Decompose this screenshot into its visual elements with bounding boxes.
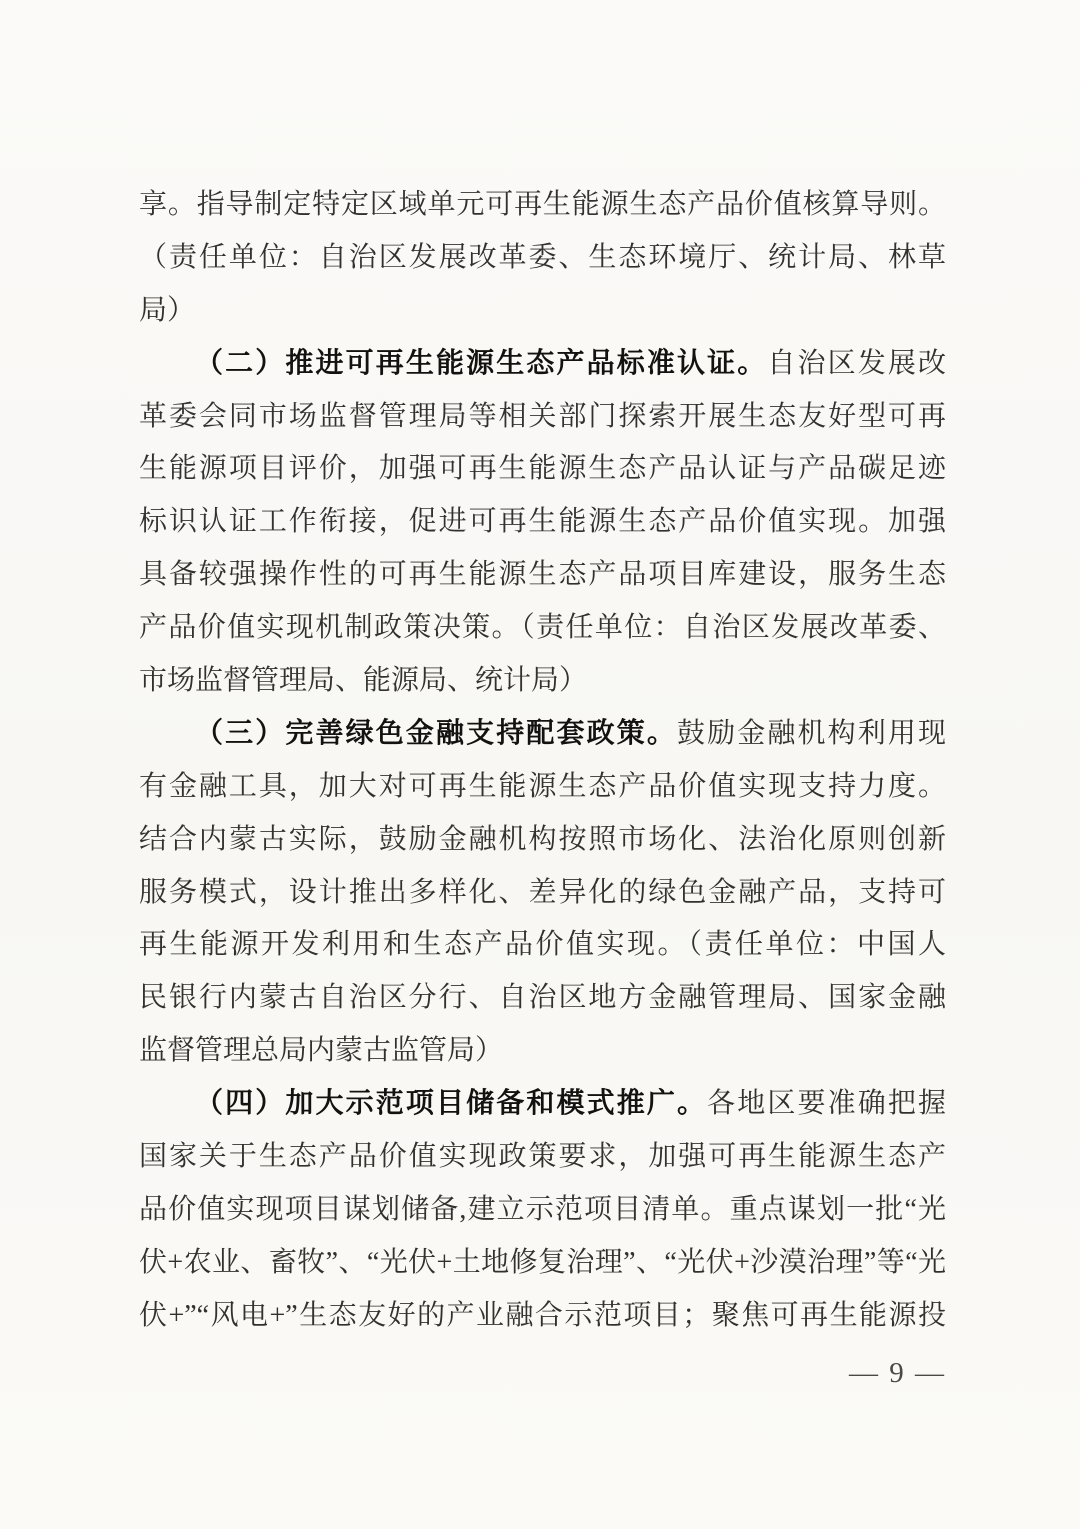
- text-line: 市场监督管理局、能源局、统计局）: [139, 655, 946, 708]
- text-line: 产品价值实现机制政策决策。（责任单位：自治区发展改革委、: [139, 602, 946, 655]
- text-line: 品价值实现项目谋划储备,建立示范项目清单。重点谋划一批“光: [139, 1184, 946, 1237]
- text-line: （三）完善绿色金融支持配套政策。鼓励金融机构利用现: [139, 708, 946, 761]
- text-line: 具备较强操作性的可再生能源生态产品项目库建设，服务生态: [139, 549, 946, 602]
- text-line: 民银行内蒙古自治区分行、自治区地方金融管理局、国家金融: [139, 972, 946, 1025]
- text-line: 有金融工具，加大对可再生能源生态产品价值实现支持力度。: [139, 761, 946, 814]
- line-text: 各地区要准确把握: [707, 1088, 946, 1119]
- page-number: — 9 —: [849, 1357, 946, 1389]
- line-text: 享。指导制定特定区域单元可再生能源生态产品价值核算导则。: [139, 189, 946, 220]
- text-line: （责任单位：自治区发展改革委、生态环境厅、统计局、林草: [139, 232, 946, 285]
- line-text: 具备较强操作性的可再生能源生态产品项目库建设，服务生态: [139, 559, 946, 590]
- text-line: 局）: [139, 285, 946, 338]
- text-line: 再生能源开发利用和生态产品价值实现。（责任单位：中国人: [139, 919, 946, 972]
- text-line: 革委会同市场监督管理局等相关部门探索开展生态友好型可再: [139, 391, 946, 444]
- text-line: 结合内蒙古实际，鼓励金融机构按照市场化、法治化原则创新: [139, 814, 946, 867]
- line-text: （责任单位：自治区发展改革委、生态环境厅、统计局、林草: [139, 242, 946, 273]
- document-sheet: 享。指导制定特定区域单元可再生能源生态产品价值核算导则。（责任单位：自治区发展改…: [0, 0, 1080, 1529]
- text-line: 监督管理总局内蒙古监管局）: [139, 1025, 946, 1078]
- line-text: 伏+农业、畜牧”、“光伏+土地修复治理”、“光伏+沙漠治理”等“光: [139, 1247, 946, 1278]
- text-line: 伏+农业、畜牧”、“光伏+土地修复治理”、“光伏+沙漠治理”等“光: [139, 1237, 946, 1290]
- page-background: { "page": { "colors": { "background": "#…: [0, 0, 1080, 1529]
- line-text: 自治区发展改: [767, 348, 946, 379]
- line-text: 监督管理总局内蒙古监管局）: [139, 1035, 503, 1066]
- line-text: 服务模式，设计推出多样化、差异化的绿色金融产品，支持可: [139, 877, 946, 908]
- text-line: 生能源项目评价，加强可再生能源生态产品认证与产品碳足迹: [139, 443, 946, 496]
- line-text: 局）: [139, 295, 195, 326]
- text-line: 服务模式，设计推出多样化、差异化的绿色金融产品，支持可: [139, 867, 946, 920]
- line-text: 结合内蒙古实际，鼓励金融机构按照市场化、法治化原则创新: [139, 824, 946, 855]
- text-line: （二）推进可再生能源生态产品标准认证。自治区发展改: [139, 338, 946, 391]
- line-text: 品价值实现项目谋划储备,建立示范项目清单。重点谋划一批“光: [139, 1194, 946, 1225]
- line-text: 有金融工具，加大对可再生能源生态产品价值实现支持力度。: [139, 771, 946, 802]
- document-body: 享。指导制定特定区域单元可再生能源生态产品价值核算导则。（责任单位：自治区发展改…: [139, 179, 946, 1343]
- line-text: 鼓励金融机构利用现: [677, 718, 946, 749]
- line-text: 民银行内蒙古自治区分行、自治区地方金融管理局、国家金融: [139, 982, 946, 1013]
- line-text: 再生能源开发利用和生态产品价值实现。（责任单位：中国人: [139, 929, 946, 960]
- text-line: 标识认证工作衔接，促进可再生能源生态产品价值实现。加强: [139, 496, 946, 549]
- section-heading: （二）推进可再生能源生态产品标准认证。: [195, 348, 767, 379]
- section-heading: （三）完善绿色金融支持配套政策。: [195, 718, 677, 749]
- text-line: 享。指导制定特定区域单元可再生能源生态产品价值核算导则。: [139, 179, 946, 232]
- text-line: （四）加大示范项目储备和模式推广。各地区要准确把握: [139, 1078, 946, 1131]
- line-text: 生能源项目评价，加强可再生能源生态产品认证与产品碳足迹: [139, 453, 946, 484]
- line-text: 标识认证工作衔接，促进可再生能源生态产品价值实现。加强: [139, 506, 946, 537]
- page-footer: — 9 —: [139, 1347, 946, 1399]
- line-text: 市场监督管理局、能源局、统计局）: [139, 665, 587, 696]
- line-text: 伏+”“风电+”生态友好的产业融合示范项目；聚焦可再生能源投: [139, 1300, 946, 1331]
- section-heading: （四）加大示范项目储备和模式推广。: [195, 1088, 707, 1119]
- text-line: 国家关于生态产品价值实现政策要求，加强可再生能源生态产: [139, 1131, 946, 1184]
- line-text: 国家关于生态产品价值实现政策要求，加强可再生能源生态产: [139, 1141, 946, 1172]
- line-text: 革委会同市场监督管理局等相关部门探索开展生态友好型可再: [139, 401, 946, 432]
- line-text: 产品价值实现机制政策决策。（责任单位：自治区发展改革委、: [139, 612, 946, 643]
- text-line: 伏+”“风电+”生态友好的产业融合示范项目；聚焦可再生能源投: [139, 1290, 946, 1343]
